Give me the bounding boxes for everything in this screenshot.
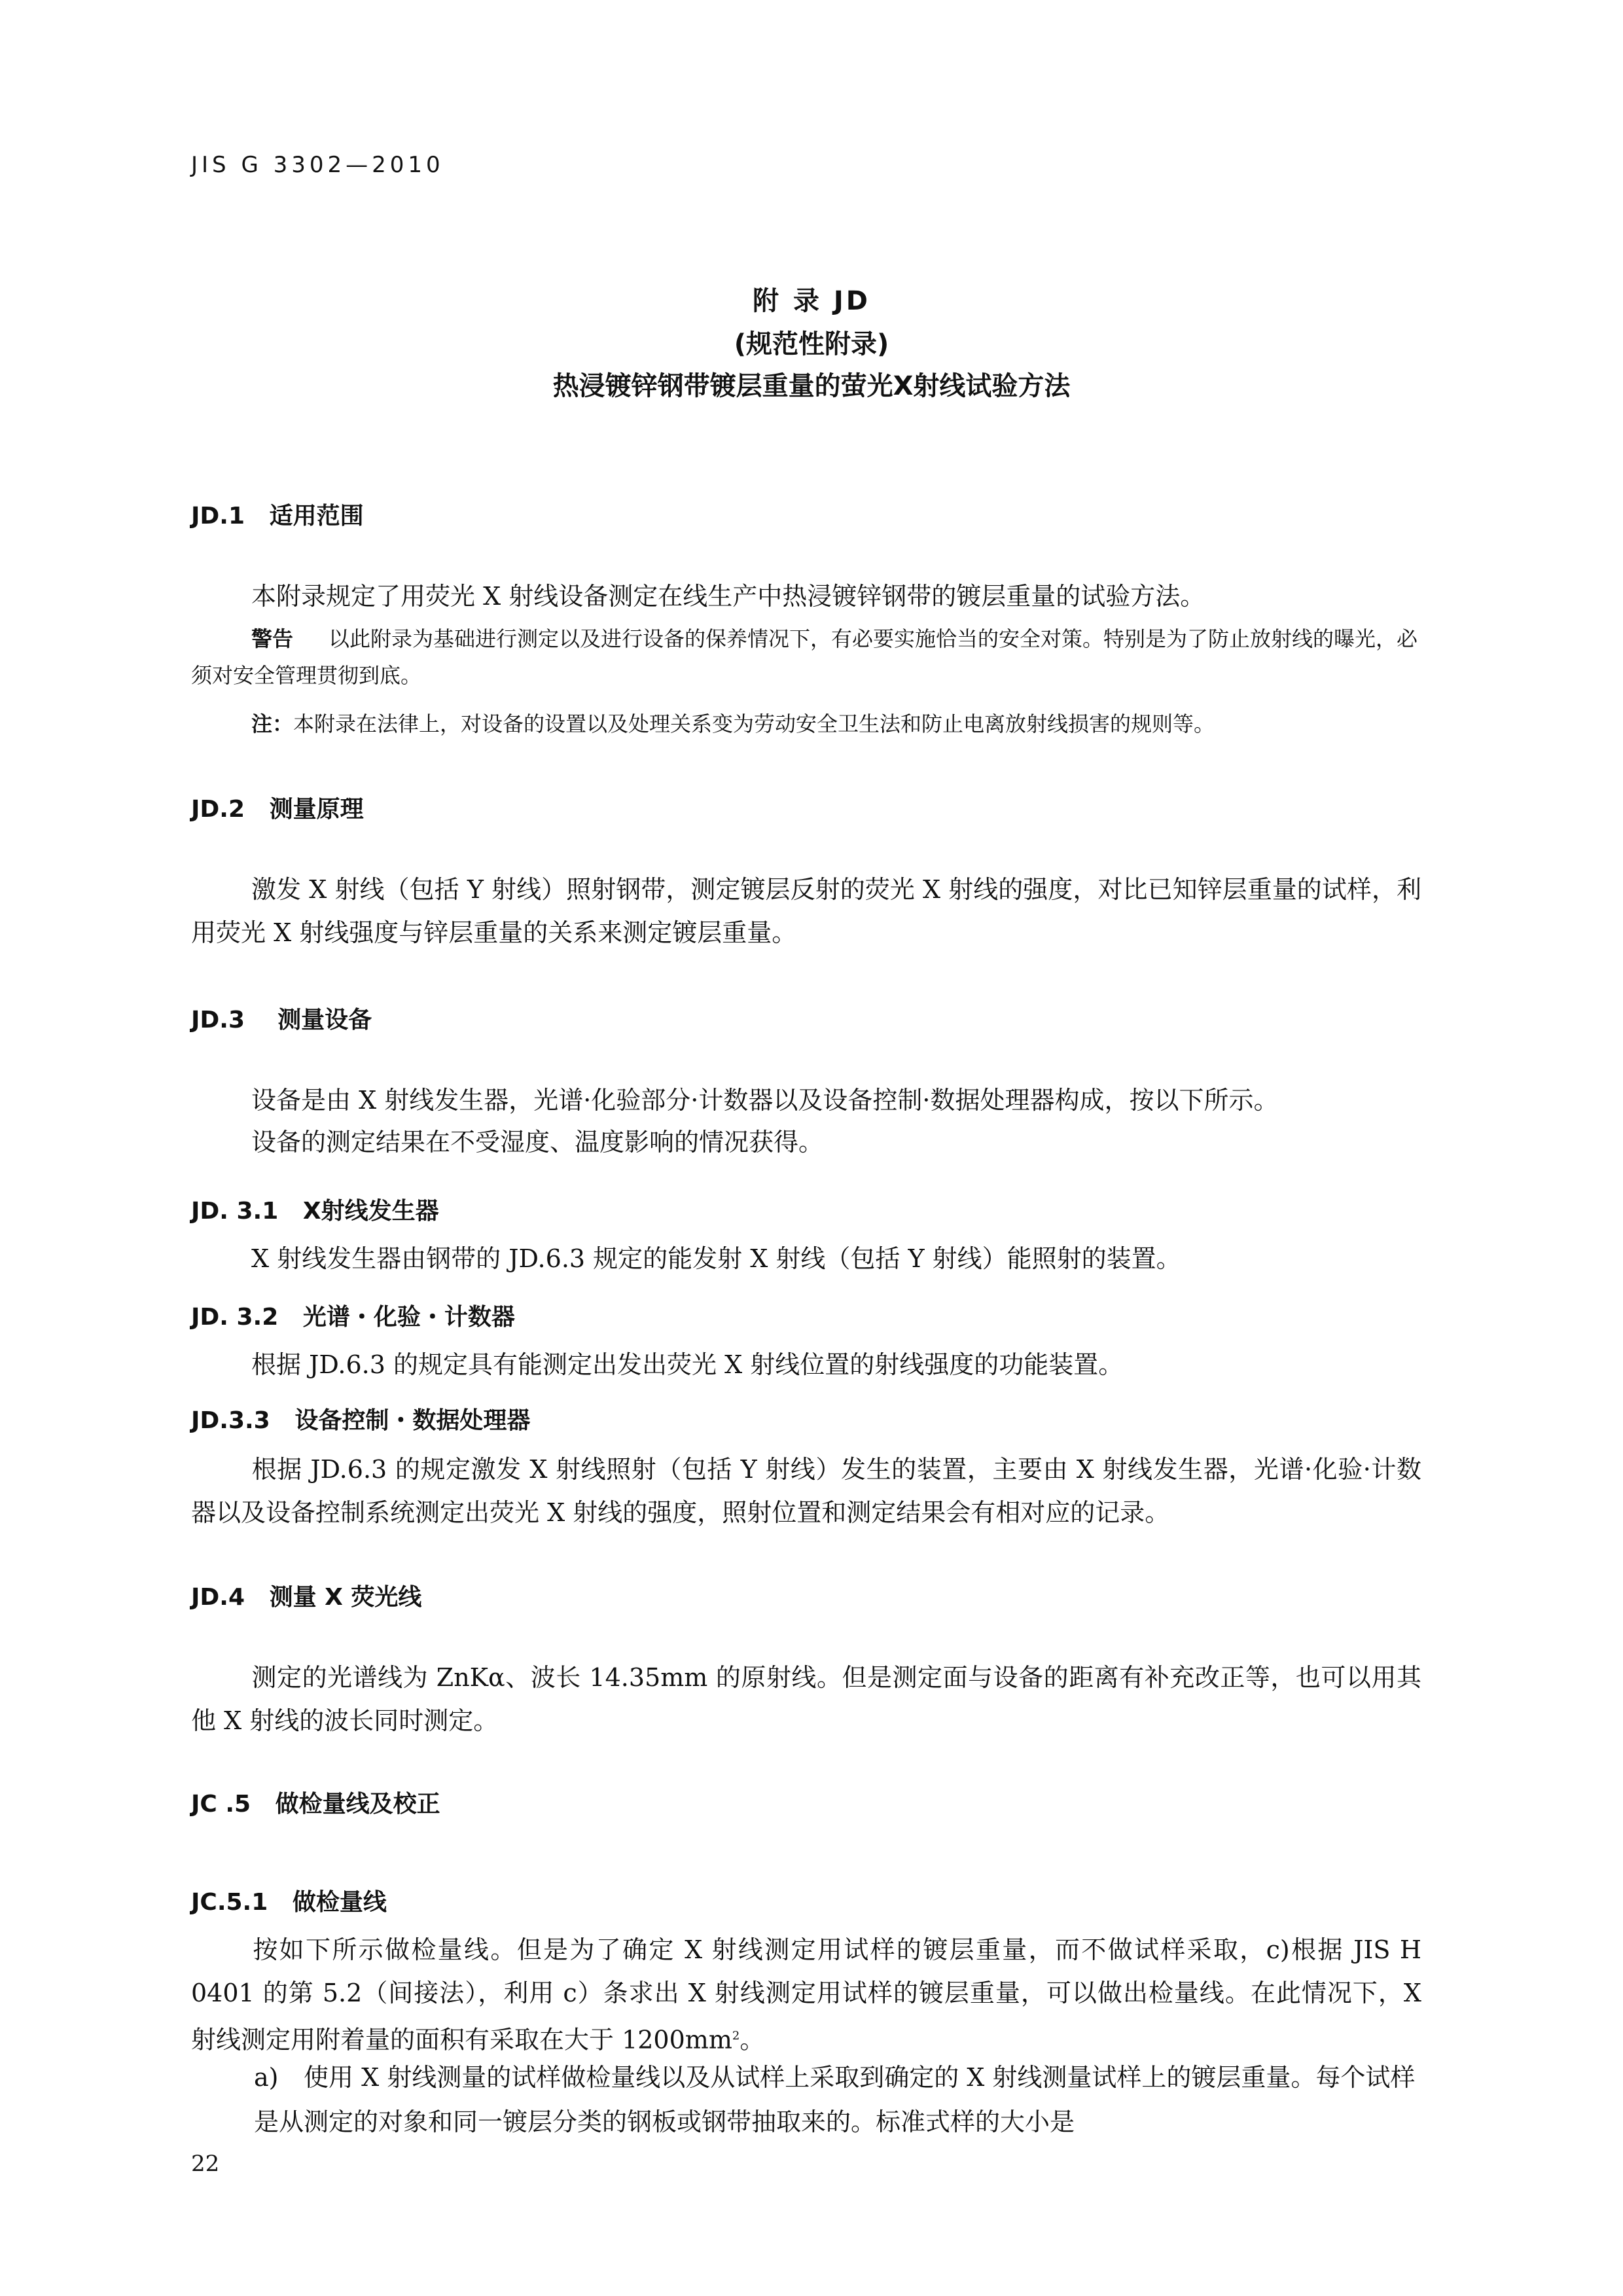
annex-type: (规范性附录) — [0, 323, 1623, 361]
subsection-heading-jd3-2: JD. 3.2 光谱・化验・计数器 — [191, 1299, 515, 1332]
page-number: 22 — [191, 2151, 219, 2177]
section-heading-jd3: JD.3 测量设备 — [191, 1001, 372, 1035]
superscript: 2 — [732, 2029, 740, 2043]
section-heading-jc5: JC .5 做检量线及校正 — [191, 1785, 440, 1819]
paragraph-text: 设备的测定结果在不受湿度、温度影响的情况获得。 — [251, 1128, 823, 1157]
paragraph: 激发 X 射线（包括 Y 射线）照射钢带，测定镀层反射的荧光 X 射线的强度，对… — [191, 868, 1421, 954]
paragraph: X 射线发生器由钢带的 JD.6.3 规定的能发射 X 射线（包括 Y 射线）能… — [191, 1237, 1421, 1280]
annex-label: 附 录 JD — [0, 280, 1623, 317]
paragraph-text: 测定的光谱线为 ZnKα、波长 14.35mm 的原射线。但是测定面与设备的距离… — [191, 1663, 1421, 1735]
paragraph: 测定的光谱线为 ZnKα、波长 14.35mm 的原射线。但是测定面与设备的距离… — [191, 1656, 1421, 1742]
paragraph-text: X 射线发生器由钢带的 JD.6.3 规定的能发射 X 射线（包括 Y 射线）能… — [251, 1244, 1181, 1273]
warning-block: 警告以此附录为基础进行测定以及进行设备的保养情况下，有必要实施恰当的安全对策。特… — [191, 620, 1421, 694]
list-item-text: 使用 X 射线测量的试样做检量线以及从试样上采取到确定的 X 射线测量试样上的镀… — [254, 2063, 1415, 2136]
section-heading-jd4: JD.4 测量 X 荧光线 — [191, 1579, 421, 1612]
paragraph-text: 根据 JD.6.3 的规定激发 X 射线照射（包括 Y 射线）发生的装置，主要由… — [191, 1455, 1421, 1527]
paragraph: 根据 JD.6.3 的规定激发 X 射线照射（包括 Y 射线）发生的装置，主要由… — [191, 1448, 1421, 1534]
paragraph-text: 按如下所示做检量线。但是为了确定 X 射线测定用试样的镀层重量，而不做试样采取，… — [191, 1935, 1421, 2054]
paragraph: 本附录规定了用荧光 X 射线设备测定在线生产中热浸镀锌钢带的镀层重量的试验方法。 — [191, 575, 1421, 618]
note-block: 注：本附录在法律上，对设备的设置以及处理关系变为劳动安全卫生法和防止电离放射线损… — [191, 706, 1421, 742]
paragraph: 按如下所示做检量线。但是为了确定 X 射线测定用试样的镀层重量，而不做试样采取，… — [191, 1928, 1421, 2062]
warning-label: 警告 — [251, 626, 293, 651]
subsection-heading-jc5-1: JC.5.1 做检量线 — [191, 1884, 387, 1917]
note-label: 注： — [251, 711, 293, 736]
annex-title: 热浸镀锌钢带镀层重量的萤光X射线试验方法 — [0, 365, 1623, 403]
paragraph: 设备是由 X 射线发生器，光谱·化验部分·计数器以及设备控制·数据处理器构成，按… — [191, 1079, 1421, 1122]
section-heading-jd2: JD.2 测量原理 — [191, 791, 364, 824]
section-heading-jd1: JD.1 适用范围 — [191, 497, 364, 531]
subsection-heading-jd3-1: JD. 3.1 X射线发生器 — [191, 1193, 439, 1226]
paragraph-text-end: 。 — [740, 2026, 764, 2054]
paragraph-text: 设备是由 X 射线发生器，光谱·化验部分·计数器以及设备控制·数据处理器构成，按… — [251, 1086, 1278, 1115]
subsection-heading-jd3-3: JD.3.3 设备控制・数据处理器 — [191, 1402, 530, 1435]
paragraph-text: 本附录规定了用荧光 X 射线设备测定在线生产中热浸镀锌钢带的镀层重量的试验方法。 — [251, 582, 1205, 611]
warning-text: 以此附录为基础进行测定以及进行设备的保养情况下，有必要实施恰当的安全对策。特别是… — [191, 626, 1418, 688]
paragraph: 设备的测定结果在不受湿度、温度影响的情况获得。 — [191, 1121, 1421, 1164]
paragraph-text: 激发 X 射线（包括 Y 射线）照射钢带，测定镀层反射的荧光 X 射线的强度，对… — [191, 875, 1421, 947]
note-text: 本附录在法律上，对设备的设置以及处理关系变为劳动安全卫生法和防止电离放射线损害的… — [293, 711, 1215, 736]
paragraph: 根据 JD.6.3 的规定具有能测定出发出荧光 X 射线位置的射线强度的功能装置… — [191, 1343, 1421, 1386]
paragraph-text: 根据 JD.6.3 的规定具有能测定出发出荧光 X 射线位置的射线强度的功能装置… — [251, 1350, 1123, 1379]
standard-code-header: JIS G 3302—2010 — [191, 152, 444, 178]
list-marker: a) — [254, 2055, 304, 2100]
list-item: a)使用 X 射线测量的试样做检量线以及从试样上采取到确定的 X 射线测量试样上… — [254, 2055, 1421, 2144]
